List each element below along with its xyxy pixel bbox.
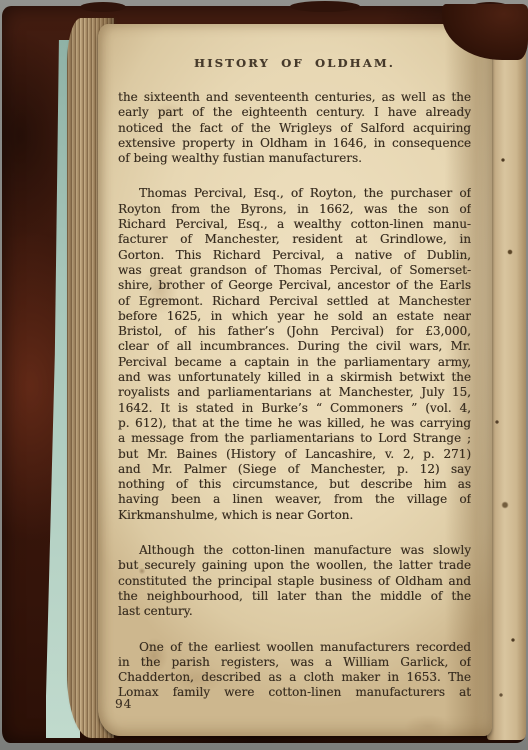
text-line: constituted the principal staple busines… [118, 574, 471, 589]
text-line: Gorton. This Richard Percival, a native … [118, 248, 471, 263]
paragraph: One of the earliest woollen manufacturer… [118, 640, 471, 701]
text-line: nothing of this circumstance, but descri… [118, 477, 471, 492]
cover-edge-bump [290, 1, 360, 12]
text-line: p. 612), that at the time he was killed,… [118, 416, 471, 431]
right-next-page-edge [487, 40, 526, 740]
paragraph: Although the cotton-linen manufacture wa… [118, 543, 471, 619]
paragraph: Thomas Percival, Esq., of Royton, the pu… [118, 186, 471, 523]
paragraph: the sixteenth and seventeenth centuries,… [118, 90, 471, 166]
text-line: last century. [118, 604, 471, 619]
text-line: Chadderton, described as a cloth maker i… [118, 670, 471, 685]
text-line: the neighbourhood, till later than the m… [118, 589, 471, 604]
text-line: in the parish registers, was a William G… [118, 655, 471, 670]
text-line: the sixteenth and seventeenth centuries,… [118, 90, 471, 105]
text-line: early part of the eighteenth century. I … [118, 105, 471, 120]
text-line: of Egremont. Richard Percival settled at… [118, 294, 471, 309]
text-line: Although the cotton-linen manufacture wa… [118, 543, 471, 558]
paragraphs-container: the sixteenth and seventeenth centuries,… [118, 90, 471, 701]
cover-edge-bump [80, 2, 126, 12]
text-line: Richard Percival, Esq., a wealthy cotton… [118, 217, 471, 232]
text-line: facturer of Manchester, resident at Grin… [118, 232, 471, 247]
text-line: Lomax family were cotton-linen manufactu… [118, 685, 471, 700]
text-line: 1642. It is stated in Burke’s “ Commoner… [118, 401, 471, 416]
book-photo-scene: HISTORY OF OLDHAM. the sixteenth and sev… [0, 0, 528, 750]
text-line: shire, brother of George Percival, ances… [118, 278, 471, 293]
text-line: extensive property in Oldham in 1646, in… [118, 136, 471, 151]
text-line: clear of all incumbrances. During the ci… [118, 339, 471, 354]
text-line: was great grandson of Thomas Percival, o… [118, 263, 471, 278]
page-text: HISTORY OF OLDHAM. the sixteenth and sev… [118, 57, 471, 701]
text-line: and was unfortunately killed in a skirmi… [118, 370, 471, 385]
text-line: and Mr. Palmer (Siege of Manchester, p. … [118, 462, 471, 477]
running-header: HISTORY OF OLDHAM. [118, 57, 471, 70]
text-line: One of the earliest woollen manufacturer… [118, 640, 471, 655]
text-line: before 1625, in which year he sold an es… [118, 309, 471, 324]
text-line: Kirkmanshulme, which is near Gorton. [118, 508, 471, 523]
page-number: 94 [115, 697, 132, 711]
text-line: Thomas Percival, Esq., of Royton, the pu… [118, 186, 471, 201]
text-line: noticed the fact of the Wrigleys of Salf… [118, 121, 471, 136]
text-line: but Mr. Baines (History of Lancashire, v… [118, 447, 471, 462]
text-line: Percival became a captain in the parliam… [118, 355, 471, 370]
text-line: Bristol, of his father’s (John Percival)… [118, 324, 471, 339]
text-line: royalists and parliamentarians at Manche… [118, 385, 471, 400]
text-line: but securely gaining upon the woollen, t… [118, 558, 471, 573]
text-line: a message from the parliamentarians to L… [118, 431, 471, 446]
text-line: Royton from the Byrons, in 1662, was the… [118, 202, 471, 217]
text-line: of being wealthy fustian manufacturers. [118, 151, 471, 166]
text-line: having been a linen weaver, from the vil… [118, 492, 471, 507]
